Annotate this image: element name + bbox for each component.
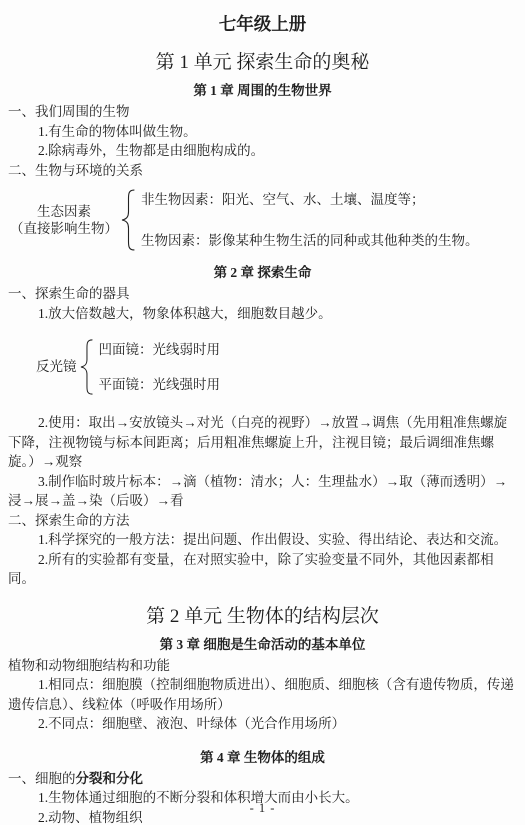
brace-label-line2: （直接影响生物） xyxy=(10,220,118,238)
curly-brace-icon xyxy=(121,189,135,251)
reflector-mirror-brace-diagram: 反光镜 凹面镜：光线弱时用 平面镜：光线强时用 xyxy=(36,339,517,395)
unit2-title: 第 2 单元 生物体的结构层次 xyxy=(8,604,517,630)
list-item: 2.使用：取出→安放镜头→对光（白亮的视野）→放置→调焦（先用粗准焦螺旋下降，注… xyxy=(8,413,517,472)
brace-branch: 平面镜：光线强时用 xyxy=(99,375,221,394)
brace-branch: 凹面镜：光线弱时用 xyxy=(99,340,221,359)
list-item: 1.科学探究的一般方法：提出问题、作出假设、实验、得出结论、表达和交流。 xyxy=(8,530,517,550)
chapter1-title: 第 1 章 周围的生物世界 xyxy=(8,81,517,100)
chapter3-title: 第 3 章 细胞是生命活动的基本单位 xyxy=(8,635,517,654)
brace-label: 反光镜 xyxy=(36,358,77,376)
list-item: 2.不同点：细胞壁、液泡、叶绿体（光合作用场所） xyxy=(8,714,517,734)
list-item: 1.相同点：细胞膜（控制细胞物质进出）、细胞质、细胞核（含有遗传物质，传递遗传信… xyxy=(8,675,517,714)
list-item: 1.有生命的物体叫做生物。 xyxy=(8,122,517,142)
doc-title: 七年级上册 xyxy=(8,13,517,35)
list-item: 1.放大倍数越大，物象体积越大，细胞数目越少。 xyxy=(8,304,517,324)
section-heading-methods: 二、探索生命的方法 xyxy=(8,511,517,531)
page-number: - 1 - xyxy=(0,801,525,816)
section-heading-instruments: 一、探索生命的器具 xyxy=(8,284,517,304)
section-heading-cell-division: 一、细胞的分裂和分化 xyxy=(8,769,517,789)
brace-branch: 生物因素：影像某种生物生活的同种或其他种类的生物。 xyxy=(141,231,479,250)
list-item: 3.制作临时玻片标本：→滴（植物：清水；人：生理盐水）→取（薄而透明）→浸→展→… xyxy=(8,472,517,511)
brace-label: 生态因素 （直接影响生物） xyxy=(10,203,118,238)
section-heading-our-organisms: 一、我们周围的生物 xyxy=(8,102,517,122)
brace-label-line1: 生态因素 xyxy=(10,203,118,221)
section-prefix: 一、细胞的 xyxy=(8,771,76,786)
section-heading-organism-environment: 二、生物与环境的关系 xyxy=(8,161,517,181)
curly-brace-icon xyxy=(80,339,93,395)
brace-branch: 非生物因素：阳光、空气、水、土壤、温度等； xyxy=(141,190,479,209)
brace-branches: 非生物因素：阳光、空气、水、土壤、温度等； 生物因素：影像某种生物生活的同种或其… xyxy=(141,190,479,250)
document-page: 七年级上册 第 1 单元 探索生命的奥秘 第 1 章 周围的生物世界 一、我们周… xyxy=(0,0,525,825)
ecological-factors-brace-diagram: 生态因素 （直接影响生物） 非生物因素：阳光、空气、水、土壤、温度等； 生物因素… xyxy=(10,189,517,251)
brace-branches: 凹面镜：光线弱时用 平面镜：光线强时用 xyxy=(99,340,221,394)
list-item: 2.除病毒外，生物都是由细胞构成的。 xyxy=(8,141,517,161)
topic-line-cell-structure: 植物和动物细胞结构和功能 xyxy=(8,656,517,676)
chapter2-title: 第 2 章 探索生命 xyxy=(8,263,517,282)
bold-term: 分裂和分化 xyxy=(76,771,144,786)
list-item: 2.所有的实验都有变量，在对照实验中，除了实验变量不同外，其他因素都相同。 xyxy=(8,550,517,589)
unit1-title: 第 1 单元 探索生命的奥秘 xyxy=(8,50,517,76)
chapter4-title: 第 4 章 生物体的组成 xyxy=(8,748,517,767)
